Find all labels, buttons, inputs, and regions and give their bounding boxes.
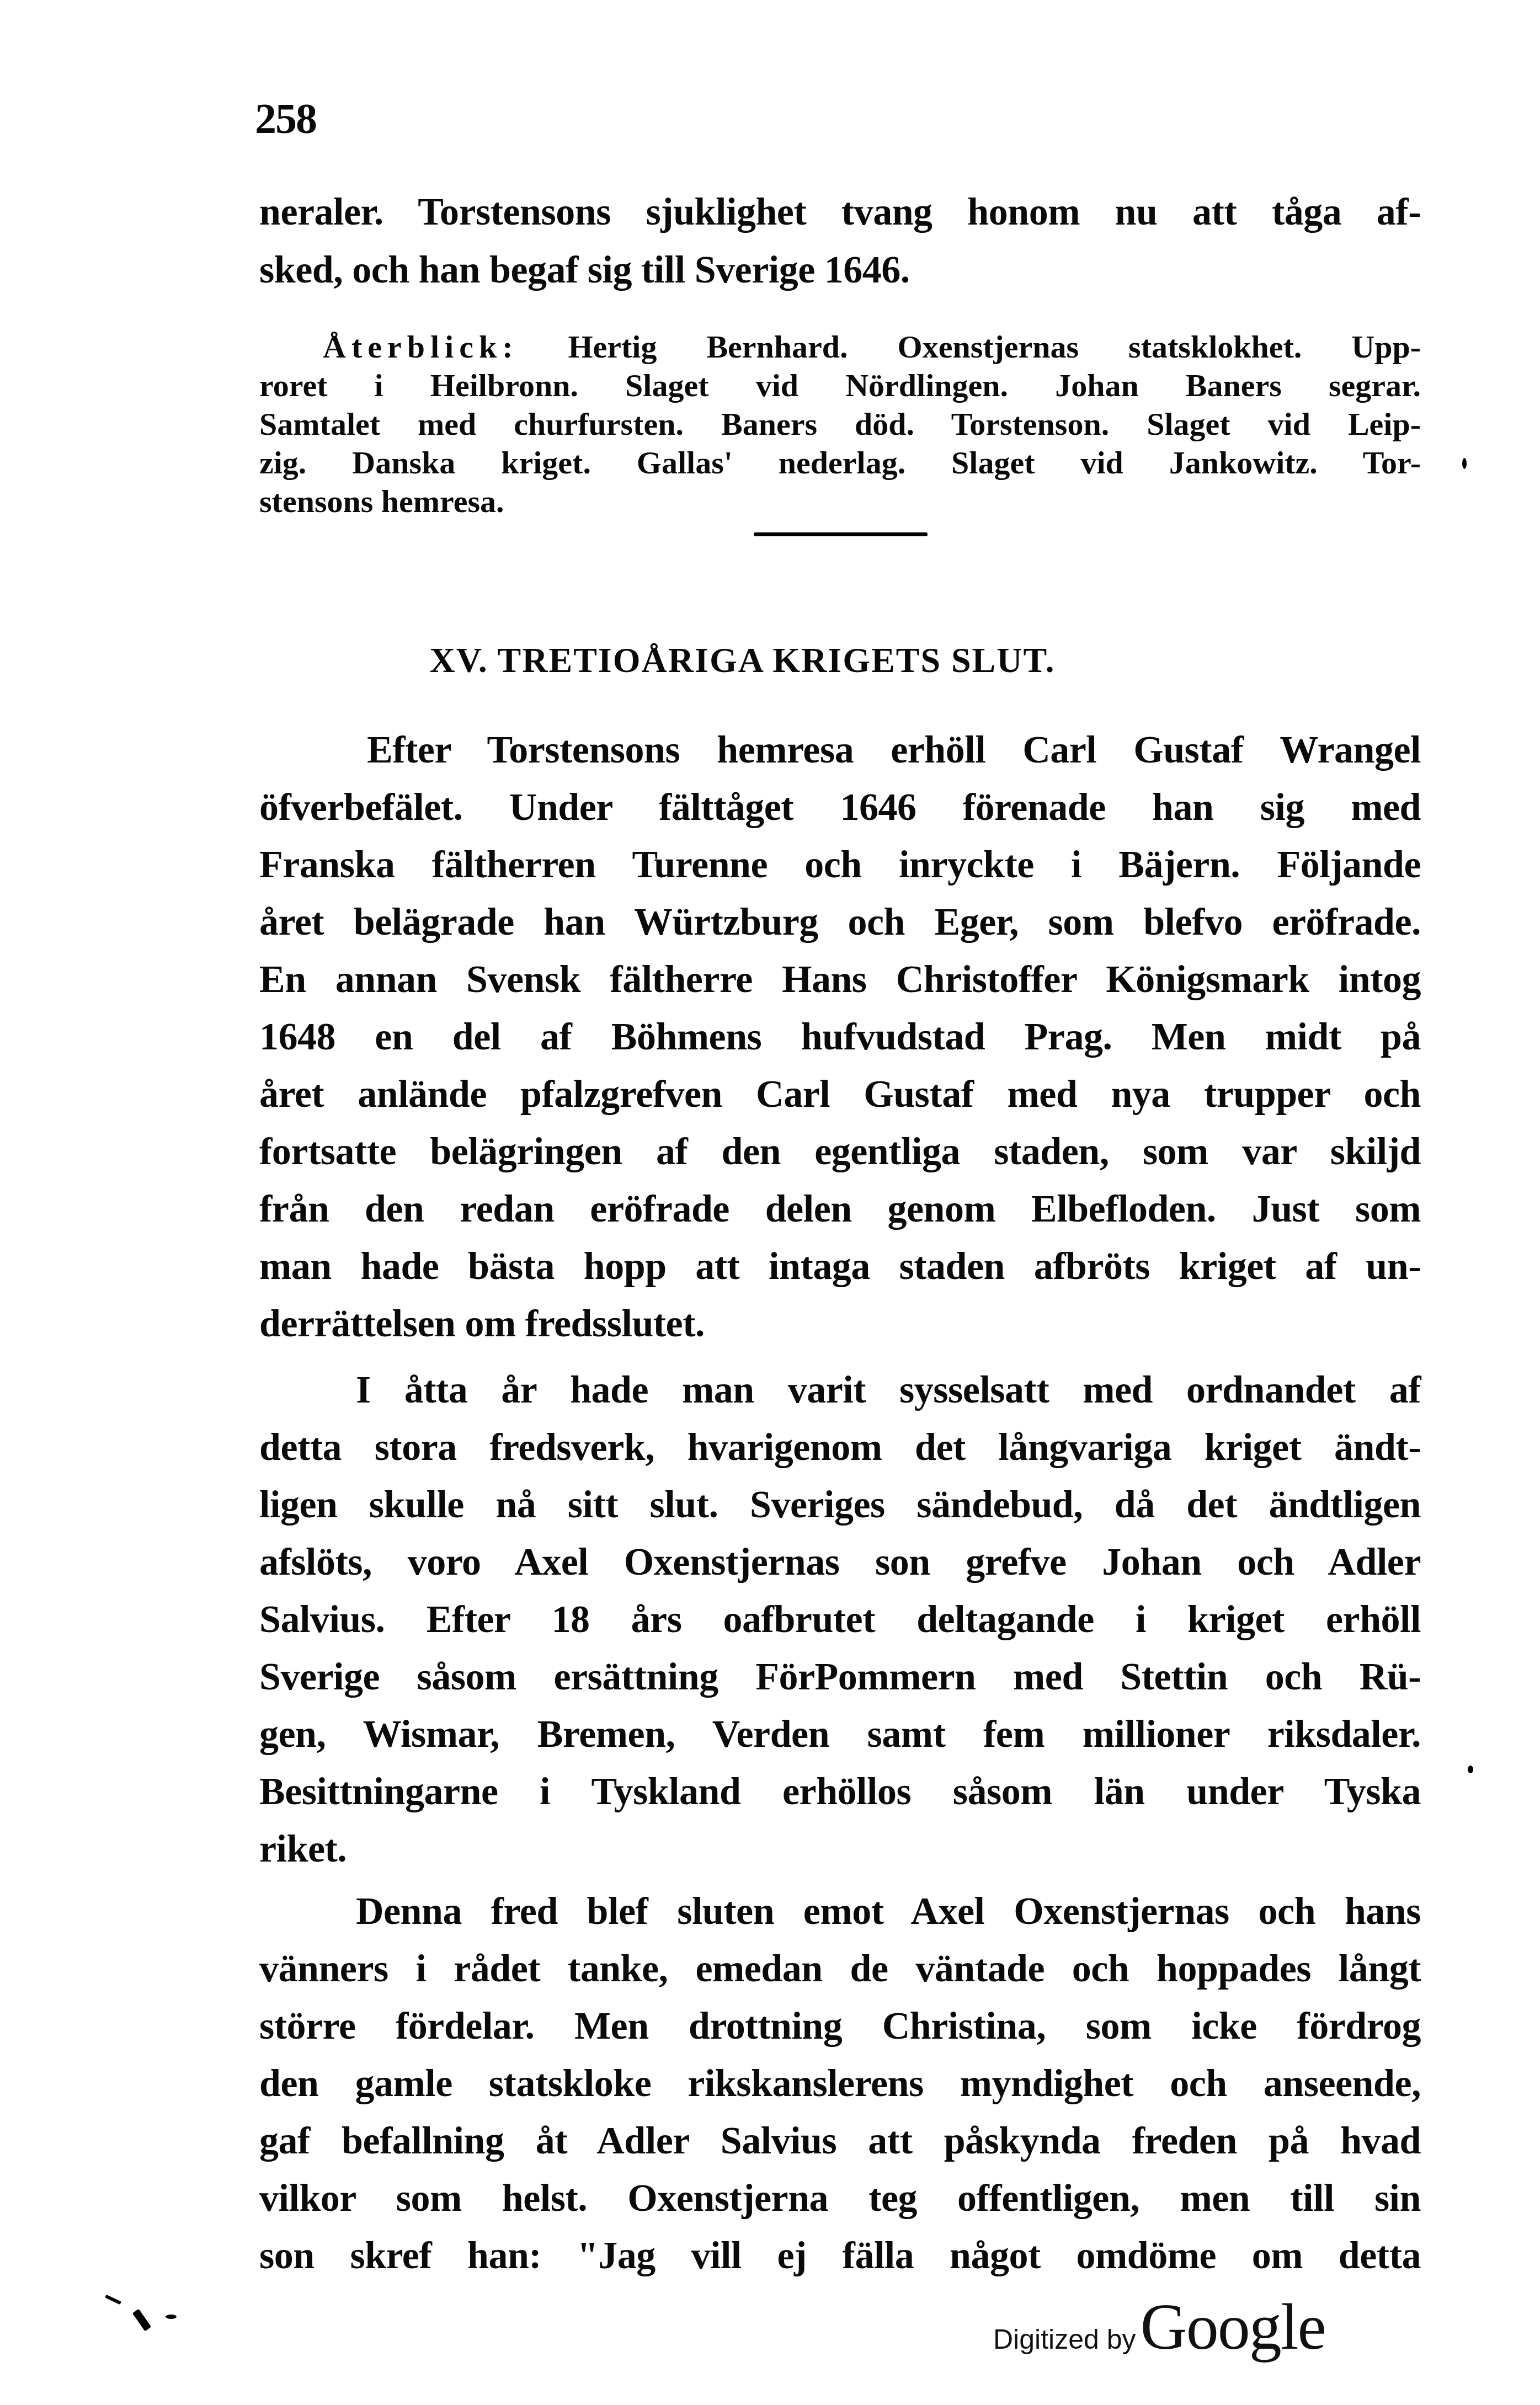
text-line: detta stora fredsverk, hvarigenom det lå… [259,1426,1421,1470]
text-line: gaf befallning åt Adler Salvius att påsk… [259,2119,1421,2163]
recap-text: Hertig Bernhard. Oxenstjernas statsklokh… [519,329,1421,365]
recap-first-line: Återblick: Hertig Bernhard. Oxenstjernas… [323,328,1421,365]
scan-mark [132,2309,151,2332]
text-line: Efter Torstensons hemresa erhöll Carl Gu… [367,728,1421,772]
text-line: I åtta år hade man varit sysselsatt med … [356,1368,1421,1412]
chapter-title: XV. TRETIOÅRIGA KRIGETS SLUT. [430,641,1056,680]
scan-mark [166,2315,177,2319]
recap-line: Samtalet med churfursten. Baners död. To… [259,406,1421,442]
text-line: son skref han: "Jag vill ej fälla något … [259,2234,1421,2278]
digitized-by-google-watermark: Digitized by Google [993,2290,1325,2365]
text-line: året anlände pfalzgrefven Carl Gustaf me… [259,1073,1421,1117]
google-logo: Google [1140,2290,1325,2365]
text-line: den gamle statskloke rikskanslerens mynd… [259,2062,1421,2106]
recap-line: roret i Heilbronn. Slaget vid Nördlingen… [259,367,1421,404]
text-line: Franska fältherren Turenne och inryckte … [259,843,1421,887]
text-line: 1648 en del af Böhmens hufvudstad Prag. … [259,1015,1421,1059]
recap-line: stensons hemresa. [259,483,1421,520]
text-line: öfverbefälet. Under fälttåget 1646 fören… [259,786,1421,830]
text-line: man hade bästa hopp att intaga staden af… [259,1245,1421,1289]
text-line: ligen skulle nå sitt slut. Sveriges sänd… [259,1483,1421,1527]
page-number: 258 [255,94,316,143]
text-line: afslöts, voro Axel Oxenstjernas son gref… [259,1540,1421,1585]
recap-line: zig. Danska kriget. Gallas' nederlag. Sl… [259,444,1421,481]
scan-mark [1462,458,1467,469]
text-line: Besittningarne i Tyskland erhöllos såsom… [259,1770,1421,1814]
text-line: året belägrade han Würtzburg och Eger, s… [259,900,1421,945]
text-line: Salvius. Efter 18 års oafbrutet deltagan… [259,1598,1421,1642]
recap-label: Återblick: [323,329,519,365]
chapter-heading: XV. TRETIOÅRIGA KRIGETS SLUT. [0,640,1540,681]
section-divider [754,532,928,536]
text-line: derrättelsen om fredsslutet. [259,1302,1421,1346]
text-line: vänners i rådet tanke, emedan de väntade… [259,1947,1421,1991]
text-line: större fördelar. Men drottning Christina… [259,2004,1421,2049]
text-line: fortsatte belägringen af den egentliga s… [259,1130,1421,1174]
scan-mark [1468,1766,1473,1773]
text-line: Denna fred blef sluten emot Axel Oxenstj… [356,1890,1421,1934]
text-line: En annan Svensk fältherre Hans Christoff… [259,958,1421,1002]
text-line: neraler. Torstensons sjuklighet tvang ho… [259,190,1421,234]
scan-mark [105,2295,121,2305]
text-line: sked, och han begaf sig till Sverige 164… [259,248,1421,292]
text-line: gen, Wismar, Bremen, Verden samt fem mil… [259,1713,1421,1757]
text-line: Sverige såsom ersättning FörPommern med … [259,1655,1421,1699]
text-line: riket. [259,1827,1421,1871]
text-line: vilkor som helst. Oxenstjerna teg offent… [259,2177,1421,2221]
text-line: från den redan eröfrade delen genom Elbe… [259,1187,1421,1231]
digitized-label: Digitized by [993,2323,1136,2355]
